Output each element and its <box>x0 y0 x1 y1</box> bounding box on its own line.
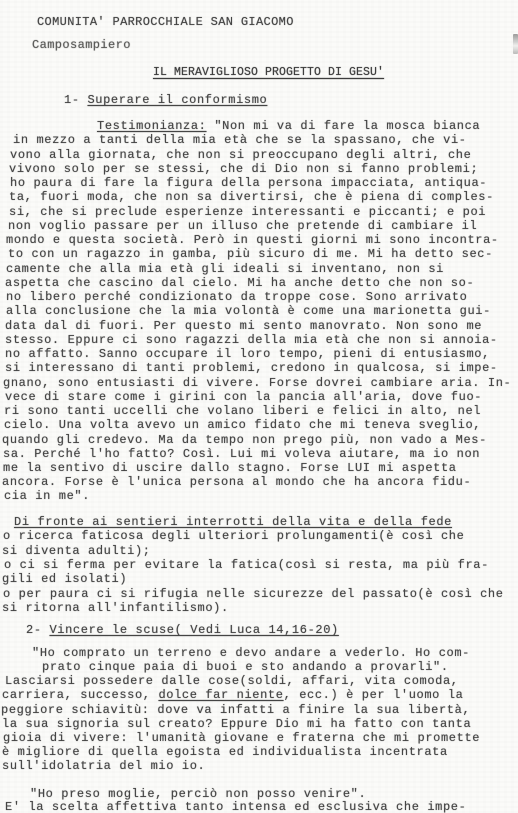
section-1-heading: 1- Superare il conformismo <box>64 94 267 106</box>
text-segment: camente che alla mia età gli ideali si i… <box>6 262 444 276</box>
text-segment: ri sono tanti uccelli che volano liberi … <box>4 404 481 418</box>
body-line: sull'idolatria del mio io. <box>2 760 205 772</box>
text-segment: 2- <box>26 623 49 637</box>
text-segment: ta, fuori moda, che non sa divertirsi, c… <box>9 190 494 204</box>
text-segment: cia in me". <box>4 489 90 503</box>
testimony-line: non voglio passare per un illuso che pre… <box>8 220 477 232</box>
quote-line: "Ho comprato un terreno e devo andare a … <box>32 647 470 659</box>
text-segment: carriera, successo, <box>2 688 158 702</box>
underlined-text: dolce far niente <box>158 688 283 702</box>
quote-line: "Ho preso moglie, perciò non posso venir… <box>30 788 366 800</box>
text-segment: "Ho comprato un terreno e devo andare a … <box>32 646 470 660</box>
text-segment: vivono solo per se stessi, che di Dio no… <box>9 162 478 176</box>
subheading-line: Di fronte ai sentieri interrotti della v… <box>14 516 452 528</box>
testimony-line: vece di stare come i girini con la panci… <box>5 391 482 403</box>
text-segment: gioia di vivere: l'umanità giovane e fra… <box>3 731 480 745</box>
text-segment: non voglio passare per un illuso che pre… <box>8 219 477 233</box>
text-segment: sa. Perché l'ho fatto? Così. Lui mi vole… <box>3 447 480 461</box>
location-name: Camposampiero <box>32 38 131 52</box>
underlined-text: Testimonianza: <box>97 119 207 133</box>
text-segment: la sua signoria sul creato? Eppure Dio m… <box>2 717 471 731</box>
text-segment: mondo e questa società. Però in questi g… <box>6 233 499 247</box>
body-line: Lasciarsi possedere dalle cose(soldi, af… <box>5 675 459 687</box>
text-segment: si ritorna all'infantilismo). <box>2 601 229 615</box>
testimony-line: camente che alla mia età gli ideali si i… <box>6 263 444 275</box>
testimony-line: vono alla giornata, che non si preoccupa… <box>10 149 471 161</box>
testimony-line: sa. Perché l'ho fatto? Così. Lui mi vole… <box>3 448 480 460</box>
bullet-line: gili ed isolati) <box>2 573 127 585</box>
testimony-line: stesso. Eppure ci sono ragazzi della mia… <box>5 334 498 346</box>
text-segment: si diventa adulti); <box>2 544 151 558</box>
body-line: gioia di vivere: l'umanità giovane e fra… <box>3 732 480 744</box>
text-segment: o per paura ci si rifugia nelle sicurezz… <box>3 587 504 601</box>
text-segment: stesso. Eppure ci sono ragazzi della mia… <box>5 333 498 347</box>
text-segment: gili ed isolati) <box>2 572 127 586</box>
document-title: IL MERAVIGLIOSO PROGETTO DI GESU' <box>153 66 384 79</box>
bullet-line: si diventa adulti); <box>2 545 151 557</box>
testimony-line: in mezzo a tanti della mia età che se la… <box>13 134 467 146</box>
body-line: E' la scelta affettiva tanto intensa ed … <box>5 801 466 813</box>
testimony-line: si, che si preclude esperienze interessa… <box>9 206 486 218</box>
text-segment: E' la scelta affettiva tanto intensa ed … <box>5 800 466 813</box>
testimony-line: mondo e questa società. Però in questi g… <box>6 234 499 246</box>
testimony-line: gnano, sono entusiasti di vivere. Forse … <box>3 377 511 389</box>
text-segment: sull'idolatria del mio io. <box>2 759 205 773</box>
text-segment: o ci si ferma per evitare la fatica(così… <box>4 558 489 572</box>
body-line: carriera, successo, dolce far niente, ec… <box>2 689 463 701</box>
testimony-line: ta, fuori moda, che non sa divertirsi, c… <box>9 191 494 203</box>
text-segment: si, che si preclude esperienze interessa… <box>9 205 486 219</box>
testimony-line: me la sentivo di uscire dallo stagno. Fo… <box>3 462 457 474</box>
bullet-line: o per paura ci si rifugia nelle sicurezz… <box>3 588 504 600</box>
testimony-line: vivono solo per se stessi, che di Dio no… <box>9 163 478 175</box>
testimony-line: alla conclusione che la mia volontà è co… <box>6 305 491 317</box>
text-segment: me la sentivo di uscire dallo stagno. Fo… <box>3 461 457 475</box>
text-segment: no affatto. Sanno occupare il loro tempo… <box>5 347 490 361</box>
body-line: la sua signoria sul creato? Eppure Dio m… <box>2 718 471 730</box>
text-segment: aspetta che cascino dal cielo. Mi ha anc… <box>5 276 474 290</box>
text-segment: o ricerca faticosa degli ulteriori prolu… <box>3 529 464 543</box>
text-segment: , ecc.) è per l'uomo la <box>284 688 464 702</box>
text-segment: si interessano di tanti problemi, credon… <box>5 361 498 375</box>
quote-line: prato cinque paia di buoi e sto andando … <box>42 661 449 673</box>
typewritten-text: COMUNITA' PARROCCHIALE SAN GIACOMO Campo… <box>0 0 518 813</box>
body-line: peggiore schiavitù: dove va infatti a fi… <box>1 704 470 716</box>
underlined-text: Vincere le scuse( Vedi Luca 14,16-20) <box>49 623 338 637</box>
testimony-line: no libero perché condizionato da troppe … <box>6 291 467 303</box>
text-segment: prato cinque paia di buoi e sto andando … <box>42 660 449 674</box>
bullet-line: o ricerca faticosa degli ulteriori prolu… <box>3 530 464 542</box>
testimony-line: cielo. Una volta avevo un amico fidato c… <box>4 419 481 431</box>
text-segment: cielo. Una volta avevo un amico fidato c… <box>4 418 481 432</box>
scan-edge-artifact <box>513 34 518 54</box>
testimony-line: quando gli credevo. Ma da tempo non preg… <box>2 434 487 446</box>
text-segment: Lasciarsi possedere dalle cose(soldi, af… <box>5 674 459 688</box>
testimony-line: to con un ragazzo in gamba, più sicuro d… <box>8 248 493 260</box>
text-segment: peggiore schiavitù: dove va infatti a fi… <box>1 703 470 717</box>
testimony-line: Testimonianza: "Non mi va di fare la mos… <box>97 120 480 132</box>
organization-name: COMUNITA' PARROCCHIALE SAN GIACOMO <box>37 15 294 29</box>
text-segment: 1- <box>64 93 87 107</box>
text-segment: "Non mi va di fare la mosca bianca <box>207 119 481 133</box>
testimony-line: cia in me". <box>4 490 90 502</box>
text-segment: ancora. Forse è l'unica persona al mondo… <box>2 475 471 489</box>
text-segment: no libero perché condizionato da troppe … <box>6 290 467 304</box>
text-segment: alla conclusione che la mia volontà è co… <box>6 304 491 318</box>
scanned-document-page: COMUNITA' PARROCCHIALE SAN GIACOMO Campo… <box>0 0 518 813</box>
text-segment: è migliore di quella egoista ed individu… <box>2 745 448 759</box>
text-segment: in mezzo a tanti della mia età che se la… <box>13 133 467 147</box>
testimony-line: data dal di fuori. Per questo mi sento m… <box>5 320 482 332</box>
text-segment: data dal di fuori. Per questo mi sento m… <box>5 319 482 333</box>
text-segment: vono alla giornata, che non si preoccupa… <box>10 148 471 162</box>
testimony-line: si interessano di tanti problemi, credon… <box>5 362 498 374</box>
text-segment: to con un ragazzo in gamba, più sicuro d… <box>8 247 493 261</box>
bullet-line: o ci si ferma per evitare la fatica(così… <box>4 559 489 571</box>
text-segment: gnano, sono entusiasti di vivere. Forse … <box>3 376 511 390</box>
text-segment: quando gli credevo. Ma da tempo non preg… <box>2 433 487 447</box>
section-2-heading: 2- Vincere le scuse( Vedi Luca 14,16-20) <box>26 624 339 636</box>
body-line: è migliore di quella egoista ed individu… <box>2 746 448 758</box>
testimony-line: no affatto. Sanno occupare il loro tempo… <box>5 348 490 360</box>
testimony-line: ho paura di fare la figura della persona… <box>10 177 487 189</box>
underlined-text: Di fronte ai sentieri interrotti della v… <box>14 515 452 529</box>
bullet-line: si ritorna all'infantilismo). <box>2 602 229 614</box>
underlined-text: Superare il conformismo <box>87 93 267 107</box>
testimony-line: aspetta che cascino dal cielo. Mi ha anc… <box>5 277 474 289</box>
text-segment: ho paura di fare la figura della persona… <box>10 176 487 190</box>
testimony-line: ri sono tanti uccelli che volano liberi … <box>4 405 481 417</box>
text-segment: "Ho preso moglie, perciò non posso venir… <box>30 787 366 801</box>
text-segment: vece di stare come i girini con la panci… <box>5 390 482 404</box>
testimony-line: ancora. Forse è l'unica persona al mondo… <box>2 476 471 488</box>
